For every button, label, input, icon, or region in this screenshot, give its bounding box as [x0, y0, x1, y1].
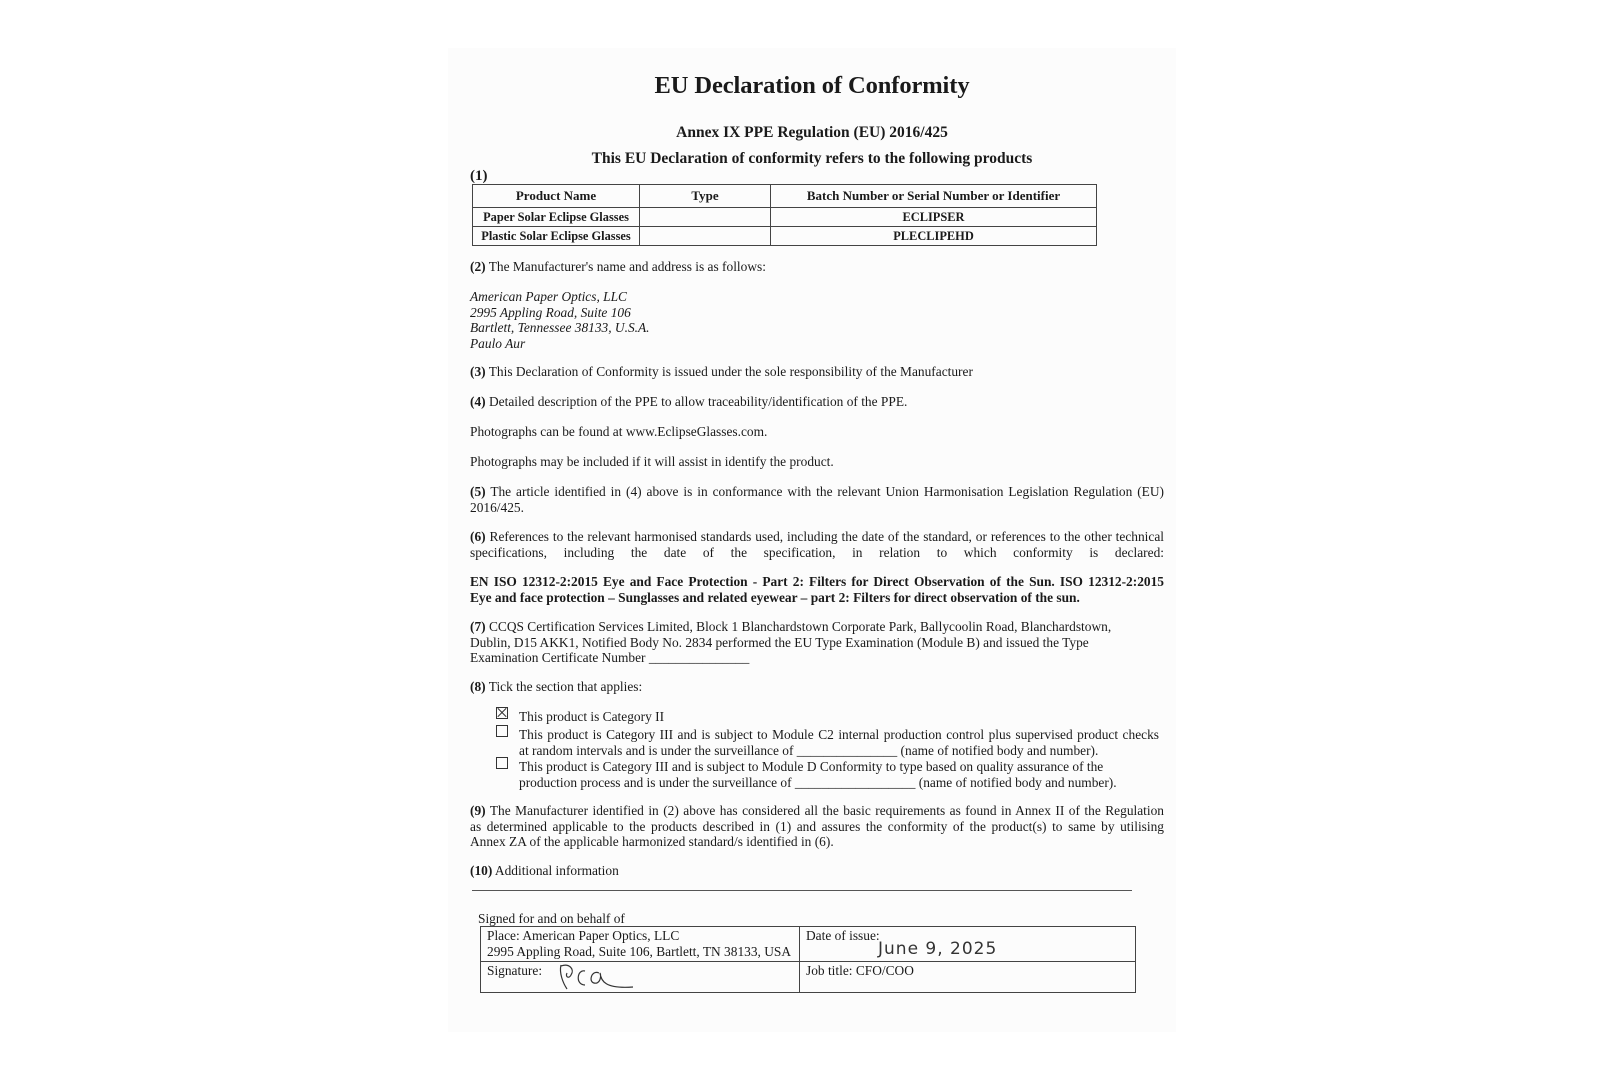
- document-intro: This EU Declaration of conformity refers…: [448, 150, 1176, 168]
- document-title: EU Declaration of Conformity: [448, 72, 1176, 100]
- section-text: The Manufacturer's name and address is a…: [489, 259, 766, 274]
- section-text: The Manufacturer identified in (2) above…: [490, 803, 1164, 818]
- place-line: Place: American Paper Optics, LLC: [487, 928, 793, 944]
- product-name-cell: Plastic Solar Eclipse Glasses: [473, 227, 640, 246]
- harmonised-standards: EN ISO 12312-2:2015 Eye and Face Protect…: [470, 574, 1164, 605]
- section-text: Annex ZA of the applicable harmonized st…: [470, 834, 1164, 850]
- header-product-name: Product Name: [473, 185, 640, 208]
- header-identifier: Batch Number or Serial Number or Identif…: [771, 185, 1097, 208]
- type-cell: [640, 208, 771, 227]
- standard-line: EN ISO 12312-2:2015 Eye and Face Protect…: [470, 574, 1164, 590]
- option-text: This product is Category II: [519, 709, 1159, 725]
- section-number: (3): [470, 364, 486, 379]
- photos-line: Photographs can be found at www.EclipseG…: [470, 424, 1164, 440]
- place-cell: Place: American Paper Optics, LLC 2995 A…: [481, 927, 800, 962]
- option-text: This product is Category III and is subj…: [519, 727, 1159, 743]
- job-title-cell: Job title: CFO/COO: [800, 962, 1136, 993]
- section-4: (4) Detailed description of the PPE to a…: [470, 394, 1164, 410]
- signature-cell: Signature:: [481, 962, 800, 993]
- section-number: (7): [470, 619, 486, 634]
- products-table: Product Name Type Batch Number or Serial…: [472, 184, 1097, 246]
- checked-checkbox-icon: [496, 707, 508, 719]
- photos-note: Photographs may be included if it will a…: [470, 454, 1164, 470]
- section-9: (9) The Manufacturer identified in (2) a…: [470, 803, 1164, 850]
- section-5: (5) The article identified in (4) above …: [470, 484, 1164, 515]
- date-cell: Date of issue: June 9, 2025: [800, 927, 1136, 962]
- section-text: Detailed description of the PPE to allow…: [489, 394, 907, 409]
- section-number: (9): [470, 803, 486, 818]
- section-7: (7) CCQS Certification Services Limited,…: [470, 619, 1164, 666]
- address-line: Paulo Aur: [470, 336, 1164, 352]
- section-text: This Declaration of Conformity is issued…: [489, 364, 973, 379]
- section-1-label: (1): [470, 168, 488, 185]
- section-text: The article identified in (4) above is i…: [490, 484, 1164, 499]
- section-number: (10): [470, 863, 492, 878]
- section-number: (8): [470, 679, 486, 694]
- declaration-page: EU Declaration of Conformity Annex IX PP…: [448, 48, 1176, 1032]
- document-subtitle: Annex IX PPE Regulation (EU) 2016/425: [448, 124, 1176, 142]
- section-10: (10) Additional information: [470, 863, 1164, 879]
- section-2: (2) The Manufacturer's name and address …: [470, 259, 1164, 275]
- option-text: production process and is under the surv…: [519, 775, 1159, 791]
- section-text: Dublin, D15 AKK1, Notified Body No. 2834…: [470, 635, 1164, 651]
- signature-label: Signature:: [487, 963, 542, 978]
- additional-info-line: [472, 890, 1132, 891]
- section-number: (2): [470, 259, 486, 274]
- section-text: References to the relevant harmonised st…: [490, 529, 1164, 544]
- certificate-number-field: Examination Certificate Number _________…: [470, 650, 1164, 666]
- table-header-row: Product Name Type Batch Number or Serial…: [473, 185, 1097, 208]
- identifier-cell: ECLIPSER: [771, 208, 1097, 227]
- manufacturer-address: American Paper Optics, LLC 2995 Appling …: [470, 289, 1164, 352]
- section-text: Additional information: [495, 863, 619, 878]
- address-line: American Paper Optics, LLC: [470, 289, 1164, 305]
- signed-for-label: Signed for and on behalf of: [478, 911, 1172, 927]
- section-text: as determined applicable to the products…: [470, 819, 1164, 835]
- address-line: Bartlett, Tennessee 38133, U.S.A.: [470, 320, 1164, 336]
- type-cell: [640, 227, 771, 246]
- signature-scribble-icon: [555, 961, 637, 993]
- table-row: Paper Solar Eclipse Glasses ECLIPSER: [473, 208, 1097, 227]
- header-type: Type: [640, 185, 771, 208]
- section-number: (4): [470, 394, 486, 409]
- section-3: (3) This Declaration of Conformity is is…: [470, 364, 1164, 380]
- section-text: CCQS Certification Services Limited, Blo…: [489, 619, 1111, 634]
- place-line: 2995 Appling Road, Suite 106, Bartlett, …: [487, 944, 793, 960]
- section-8: (8) Tick the section that applies:: [470, 679, 1164, 695]
- section-text: specifications, including the date of th…: [470, 545, 1164, 561]
- identifier-cell: PLECLIPEHD: [771, 227, 1097, 246]
- option-text: at random intervals and is under the sur…: [519, 743, 1159, 759]
- handwritten-date: June 9, 2025: [806, 942, 1129, 958]
- unchecked-checkbox-icon: [496, 725, 508, 737]
- signoff-table: Place: American Paper Optics, LLC 2995 A…: [480, 926, 1136, 993]
- section-text: 2016/425.: [470, 500, 1164, 516]
- section-number: (6): [470, 529, 486, 544]
- section-number: (5): [470, 484, 486, 499]
- address-line: 2995 Appling Road, Suite 106: [470, 305, 1164, 321]
- table-row: Plastic Solar Eclipse Glasses PLECLIPEHD: [473, 227, 1097, 246]
- section-text: Tick the section that applies:: [489, 679, 642, 694]
- unchecked-checkbox-icon: [496, 757, 508, 769]
- option-text: This product is Category III and is subj…: [519, 759, 1159, 775]
- product-name-cell: Paper Solar Eclipse Glasses: [473, 208, 640, 227]
- section-6: (6) References to the relevant harmonise…: [470, 529, 1164, 560]
- standard-line: Eye and face protection – Sunglasses and…: [470, 590, 1164, 606]
